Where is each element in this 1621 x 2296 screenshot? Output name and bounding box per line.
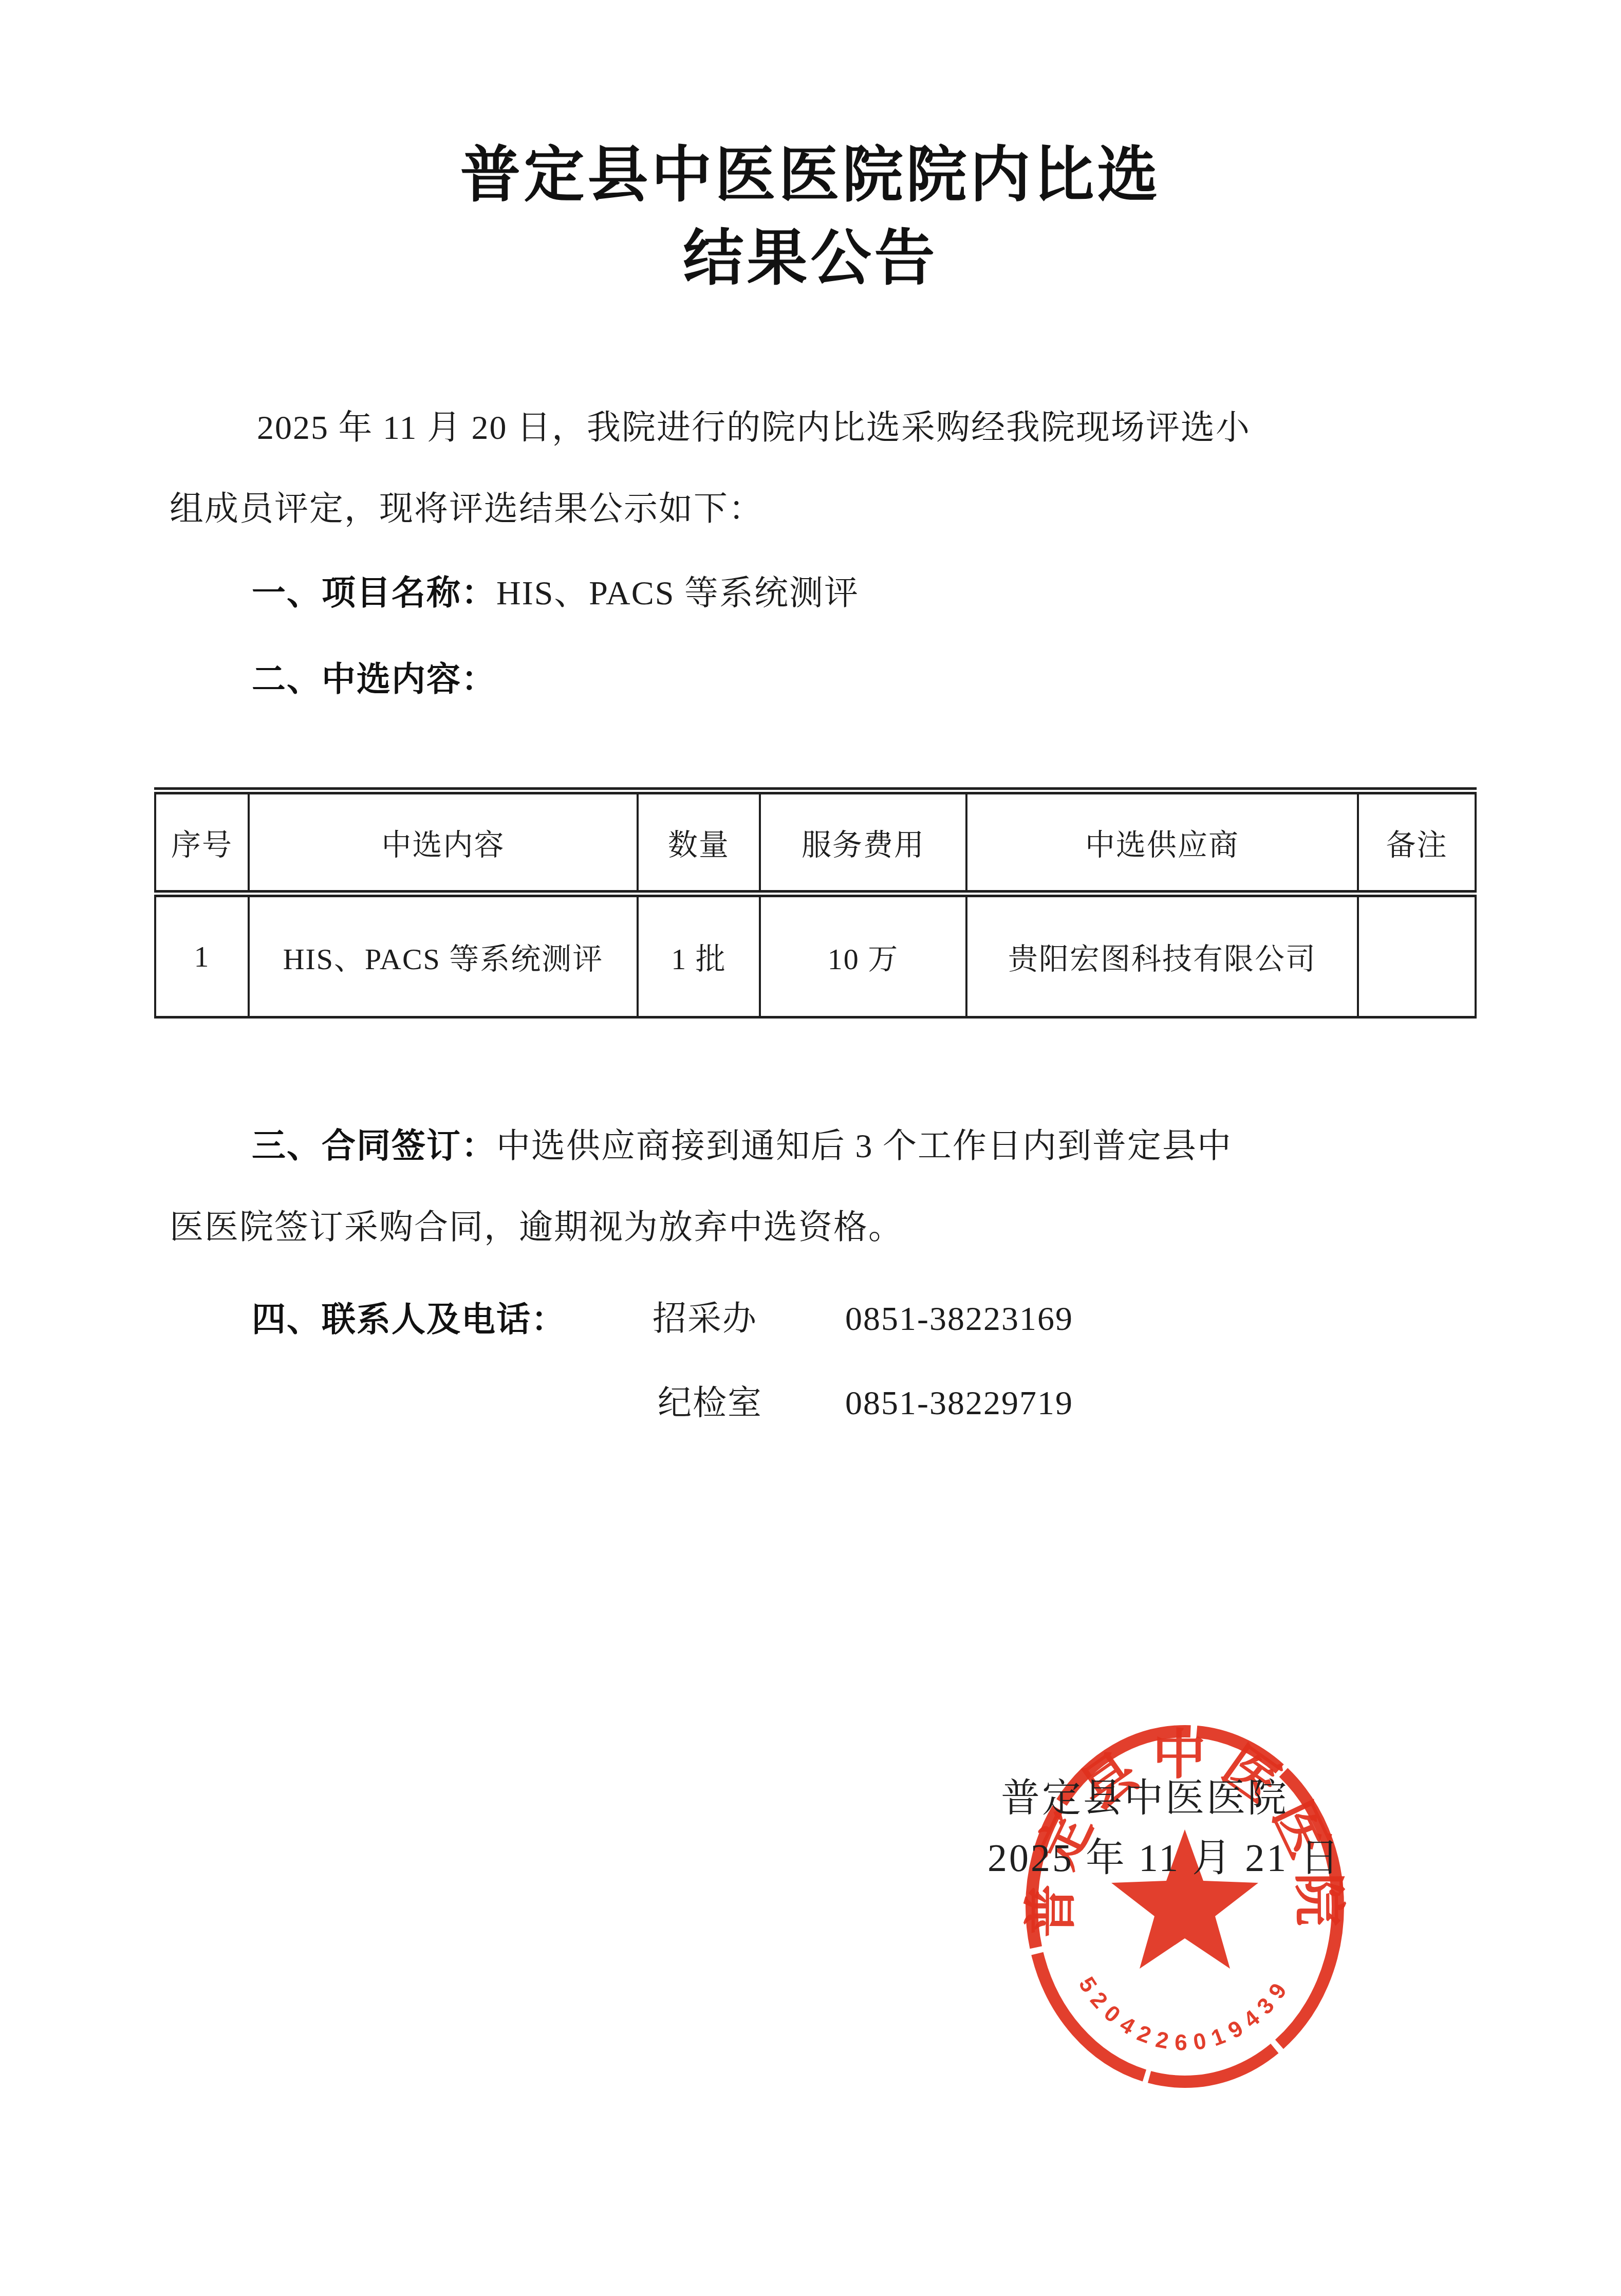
section-project-name-value: HIS、PACS 等系统测评 <box>496 575 859 612</box>
cell-remark <box>1358 894 1476 1017</box>
result-table: 序号 中选内容 数量 服务费用 中选供应商 备注 1 HIS、PACS 等系统测… <box>154 787 1477 1019</box>
intro-line2: 组成员评定，现将评选结果公示如下： <box>170 492 763 526</box>
signature-org-name: 普定县中医医院 <box>1001 1779 1289 1818</box>
section-project-name: 一、项目名称：HIS、PACS 等系统测评 <box>252 576 859 610</box>
contact2-phone: 0851-38229719 <box>845 1386 1073 1420</box>
section-selected-content-label: 二、中选内容： <box>252 660 496 698</box>
col-header-supplier: 中选供应商 <box>966 791 1358 894</box>
section-contacts: 四、联系人及电话： <box>252 1302 566 1337</box>
table-row: 1 HIS、PACS 等系统测评 1 批 10 万 贵阳宏图科技有限公司 <box>155 894 1476 1017</box>
cell-fee: 10 万 <box>760 894 966 1017</box>
contact1-name: 招采办 <box>653 1302 757 1336</box>
doc-title-line2: 结果公告 <box>0 228 1621 289</box>
contact1-phone: 0851-38223169 <box>845 1302 1073 1336</box>
cell-supplier: 贵阳宏图科技有限公司 <box>966 894 1358 1017</box>
intro-line1: 2025 年 11 月 20 日，我院进行的院内比选采购经我院现场评选小 <box>257 411 1251 445</box>
doc-title-line1: 普定县中医医院院内比选 <box>0 145 1621 206</box>
document-page: 普定县中医医院院内比选 结果公告 2025 年 11 月 20 日，我院进行的院… <box>0 0 1621 2296</box>
official-seal: 普定县中医医院 5204226019439 <box>1005 1711 1365 2102</box>
section-contract-text2: 医医院签订采购合同，逾期视为放弃中选资格。 <box>170 1211 903 1245</box>
cell-seq: 1 <box>155 894 249 1017</box>
col-header-remark: 备注 <box>1358 791 1476 894</box>
section-contacts-label: 四、联系人及电话： <box>252 1300 566 1338</box>
col-header-content: 中选内容 <box>249 791 638 894</box>
contact2-name: 纪检室 <box>658 1386 762 1420</box>
section-contract: 三、合同签订：中选供应商接到通知后 3 个工作日内到普定县中 <box>252 1128 1232 1163</box>
section-project-name-label: 一、项目名称： <box>252 573 496 612</box>
cell-content: HIS、PACS 等系统测评 <box>249 894 638 1017</box>
table-header-row: 序号 中选内容 数量 服务费用 中选供应商 备注 <box>155 791 1476 894</box>
section-contract-label: 三、合同签订： <box>252 1126 496 1164</box>
col-header-fee: 服务费用 <box>760 791 966 894</box>
section-selected-content: 二、中选内容： <box>252 662 496 697</box>
section-contract-text1: 中选供应商接到通知后 3 个工作日内到普定县中 <box>496 1127 1232 1165</box>
cell-qty: 1 批 <box>638 894 760 1017</box>
seal-number-text: 5204226019439 <box>1074 1972 1296 2055</box>
col-header-qty: 数量 <box>638 791 760 894</box>
col-header-seq: 序号 <box>155 791 249 894</box>
signature-date: 2025 年 11 月 21 日 <box>987 1839 1341 1878</box>
